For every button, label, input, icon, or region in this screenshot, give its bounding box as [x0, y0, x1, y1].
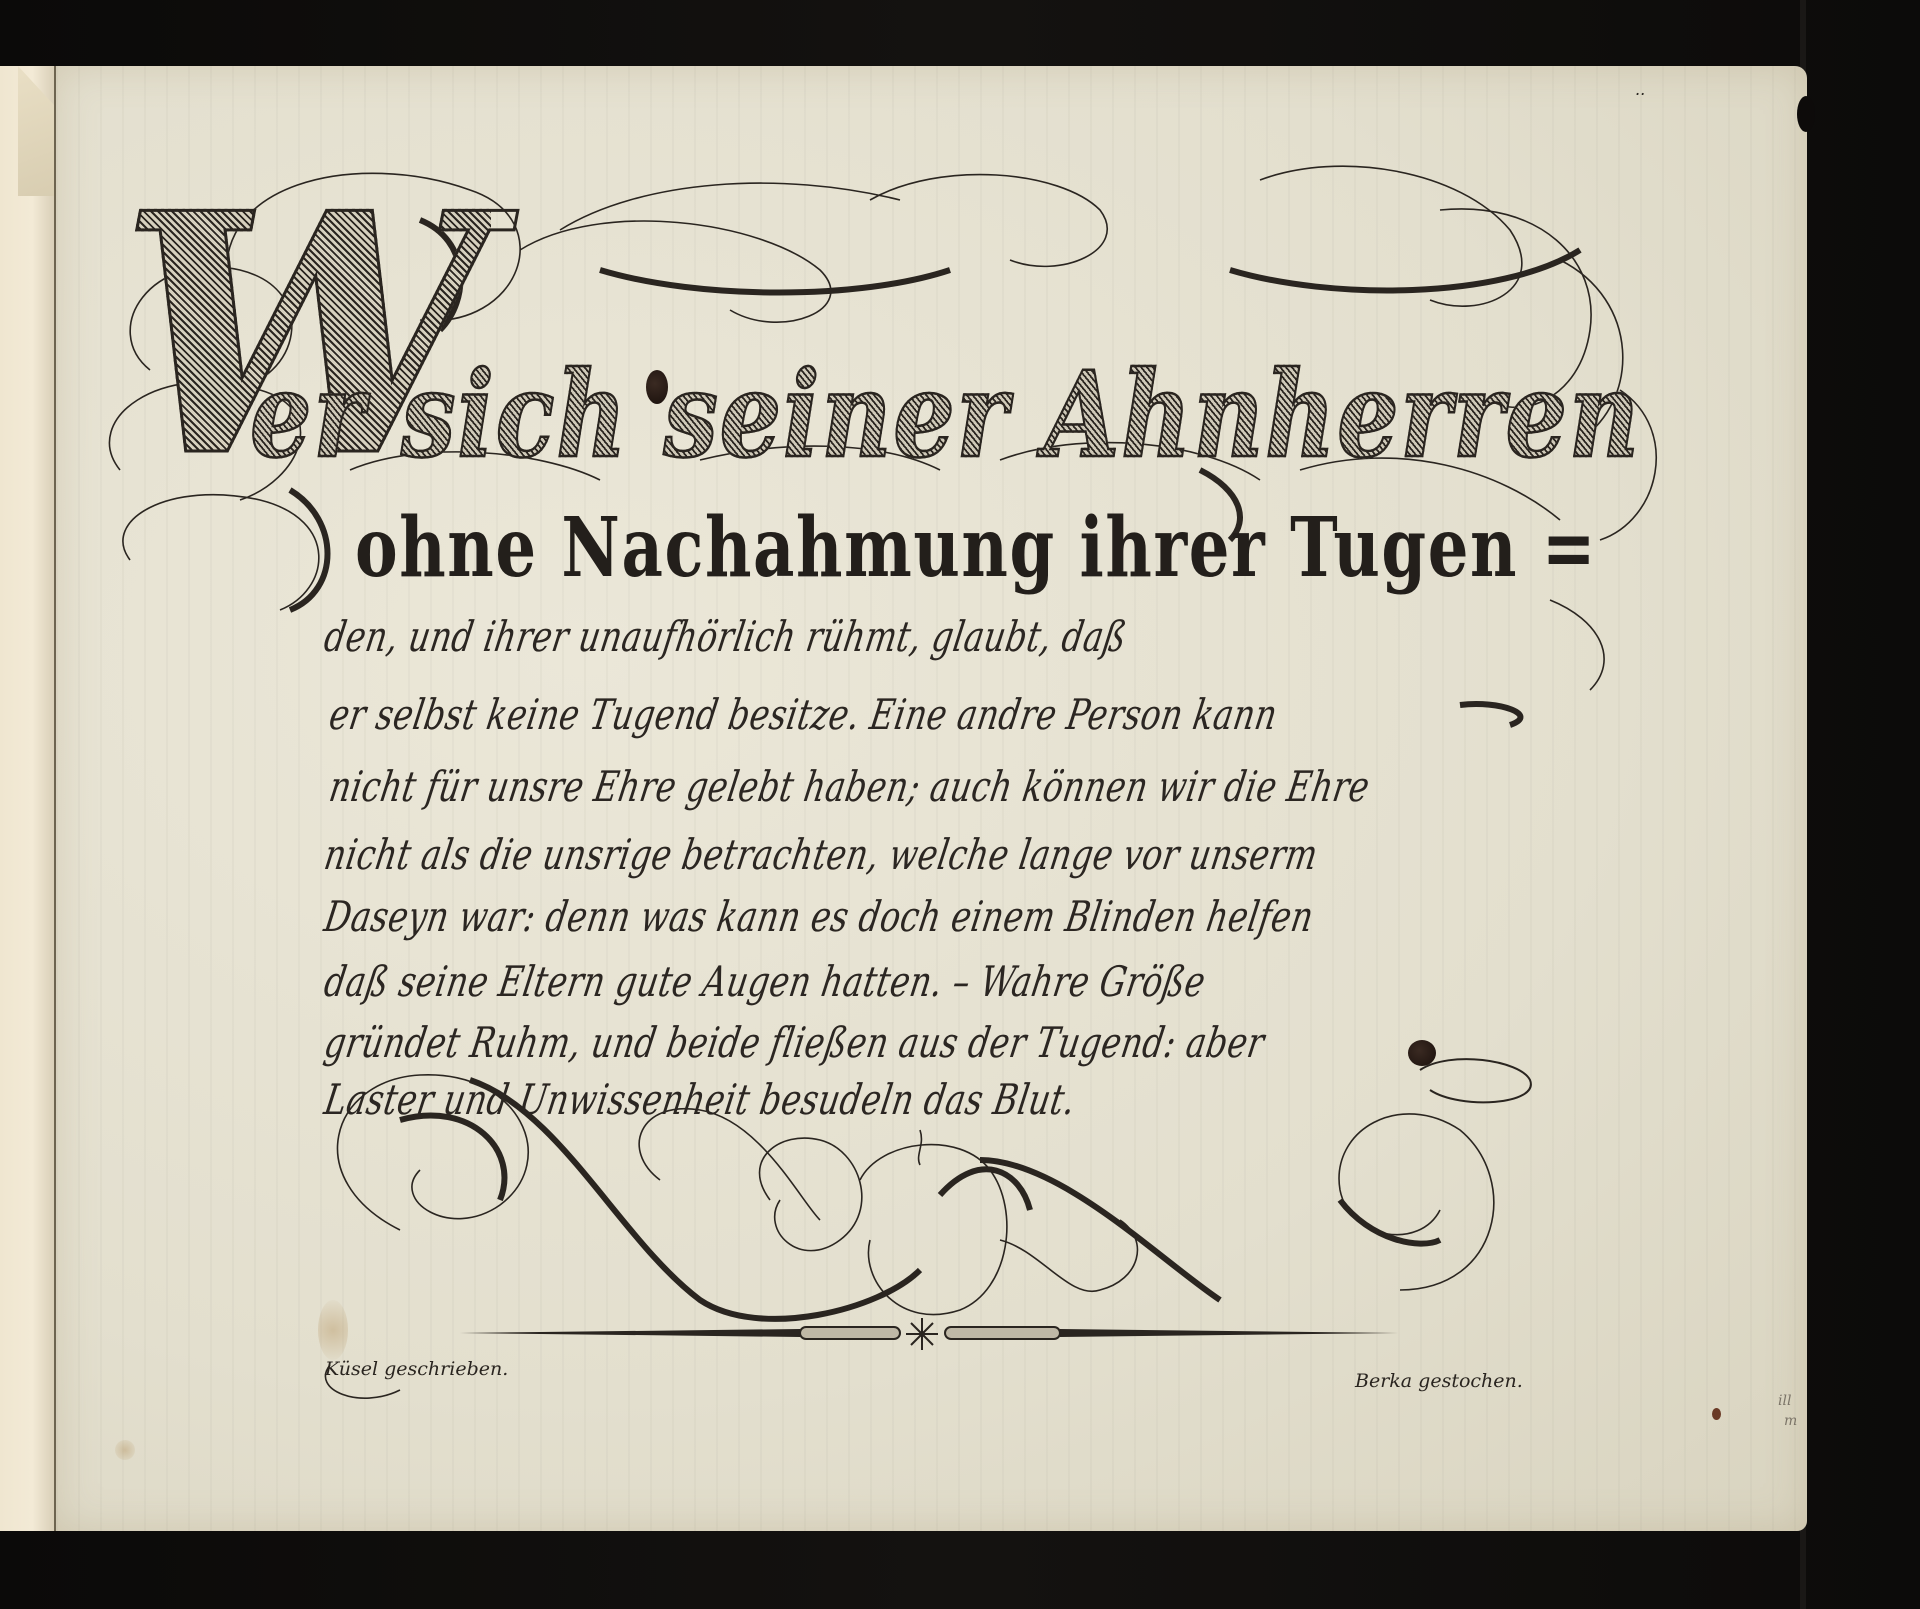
margin-mark: m	[1784, 1413, 1797, 1429]
body-line: gründet Ruhm, und beide fließen aus der …	[321, 1018, 1268, 1067]
scribe-credit: Küsel geschrieben.	[325, 1358, 508, 1380]
engraver-credit: Berka gestochen.	[1355, 1370, 1523, 1392]
heading-line-1: er sich seiner Ahnherren	[250, 345, 1641, 484]
heading-line-2: ohne Nachahmung ihrer Tugen =	[355, 500, 1597, 596]
foxing-stain	[115, 1440, 135, 1460]
corner-mark: ..	[1635, 80, 1645, 99]
ink-speck	[1712, 1408, 1721, 1420]
body-line: er selbst keine Tugend besitze. Eine and…	[326, 690, 1281, 739]
body-line: Laster und Unwissenheit besudeln das Blu…	[321, 1075, 1079, 1124]
body-line: den, und ihrer unaufhörlich rühmt, glaub…	[321, 612, 1130, 661]
ink-blot	[646, 370, 668, 404]
margin-mark: ill	[1778, 1393, 1791, 1409]
body-line: nicht für unsre Ehre gelebt haben; auch …	[326, 762, 1373, 811]
page-fold	[18, 66, 54, 196]
ink-blot	[1408, 1040, 1436, 1066]
body-line: daß seine Eltern gute Augen hatten. – Wa…	[321, 957, 1209, 1006]
binding-strip	[0, 66, 57, 1531]
body-line: nicht als die unsrige betrachten, welche…	[321, 830, 1321, 879]
body-line: Daseyn war: denn was kann es doch einem …	[321, 892, 1317, 941]
page-edge-notch	[1797, 96, 1815, 132]
foxing-stain	[318, 1300, 348, 1360]
